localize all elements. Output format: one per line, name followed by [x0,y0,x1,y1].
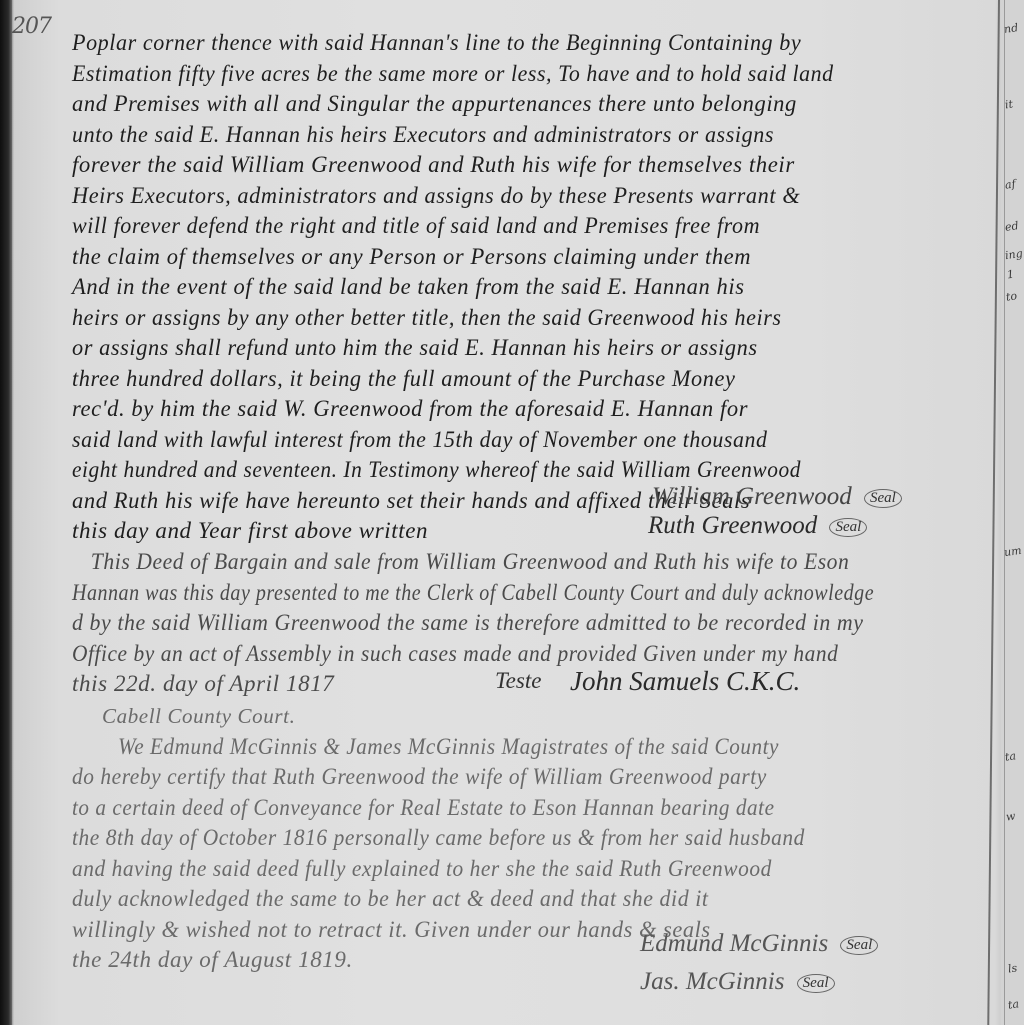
examination-line: to a certain deed of Conveyance for Real… [72,793,923,824]
deed-line: and Premises with all and Singular the a… [72,89,979,120]
certificate-line: Hannan was this day presented to me the … [72,578,877,609]
certificate-line: This Deed of Bargain and sale from Willi… [72,547,942,578]
deed-body: Poplar corner thence with said Hannan's … [72,28,997,547]
deed-line: Heirs Executors, administrators and assi… [72,181,969,212]
deed-line: Estimation fifty five acres be the same … [72,59,951,90]
document-scan: nd it af ed ing 1 to um ta w ls ta 207 P… [0,0,1024,1025]
signature-william-greenwood: William Greenwood Seal [652,483,902,511]
deed-line: Poplar corner thence with said Hannan's … [72,28,960,59]
signature-edmund-mcginnis: Edmund McGinnis Seal [640,930,878,958]
examination-line: duly acknowledged the same to be her act… [72,884,951,915]
book-binding-shadow [0,0,12,1025]
margin-fragment: ta [1004,749,1017,763]
margin-fragment: ta [1007,997,1020,1011]
examination-heading: Cabell County Court. [72,701,997,732]
examination-line: the 8th day of October 1816 personally c… [72,823,932,854]
margin-fragment: af [1004,177,1016,191]
deed-line: rec'd. by him the said W. Greenwood from… [72,394,979,425]
margin-fragment: ing [1004,247,1023,262]
teste-label: Teste [495,668,541,694]
deed-line: unto the said E. Hannan his heirs Execut… [72,120,960,151]
deed-line: said land with lawful interest from the … [72,425,951,456]
deed-line: eight hundred and seventeen. In Testimon… [72,455,932,486]
margin-fragment: um [1003,544,1022,559]
examination-line: and having the said deed fully explained… [72,854,932,885]
margin-fragment: ls [1007,961,1018,975]
margin-fragment: it [1004,98,1014,112]
signature-clerk: John Samuels C.K.C. [570,666,800,697]
signature-ruth-greenwood: Ruth Greenwood Seal [648,512,867,540]
deed-line: And in the event of the said land be tak… [72,272,979,303]
margin-fragment: nd [1003,21,1019,36]
margin-fragment: w [1005,809,1016,823]
deed-line: three hundred dollars, it being the full… [72,364,969,395]
examination-line: We Edmund McGinnis & James McGinnis Magi… [72,732,923,763]
page-number: 207 [12,14,51,39]
deed-line: heirs or assigns by any other better tit… [72,303,960,334]
signature-name: William Greenwood [652,483,852,510]
page-edge-line-secondary [1004,0,1005,1025]
seal-icon: Seal [797,974,835,993]
seal-icon: Seal [829,518,867,537]
margin-fragment: ed [1004,219,1019,234]
deed-line: forever the said William Greenwood and R… [72,150,988,181]
certificate-line: Office by an act of Assembly in such cas… [72,639,932,670]
signature-name: Ruth Greenwood [648,512,817,539]
signature-name: Edmund McGinnis [640,930,828,957]
signature-jas-mcginnis: Jas. McGinnis Seal [640,968,835,996]
certificate-line: d by the said William Greenwood the same… [72,608,951,639]
deed-line: or assigns shall refund unto him the sai… [72,333,969,364]
examination-line: do hereby certify that Ruth Greenwood th… [72,762,932,793]
deed-line: will forever defend the right and title … [72,211,960,242]
deed-line: the claim of themselves or any Person or… [72,242,979,273]
signature-name: Jas. McGinnis [640,968,784,995]
seal-icon: Seal [840,936,878,955]
margin-fragment: to [1005,289,1018,303]
seal-icon: Seal [864,489,902,508]
